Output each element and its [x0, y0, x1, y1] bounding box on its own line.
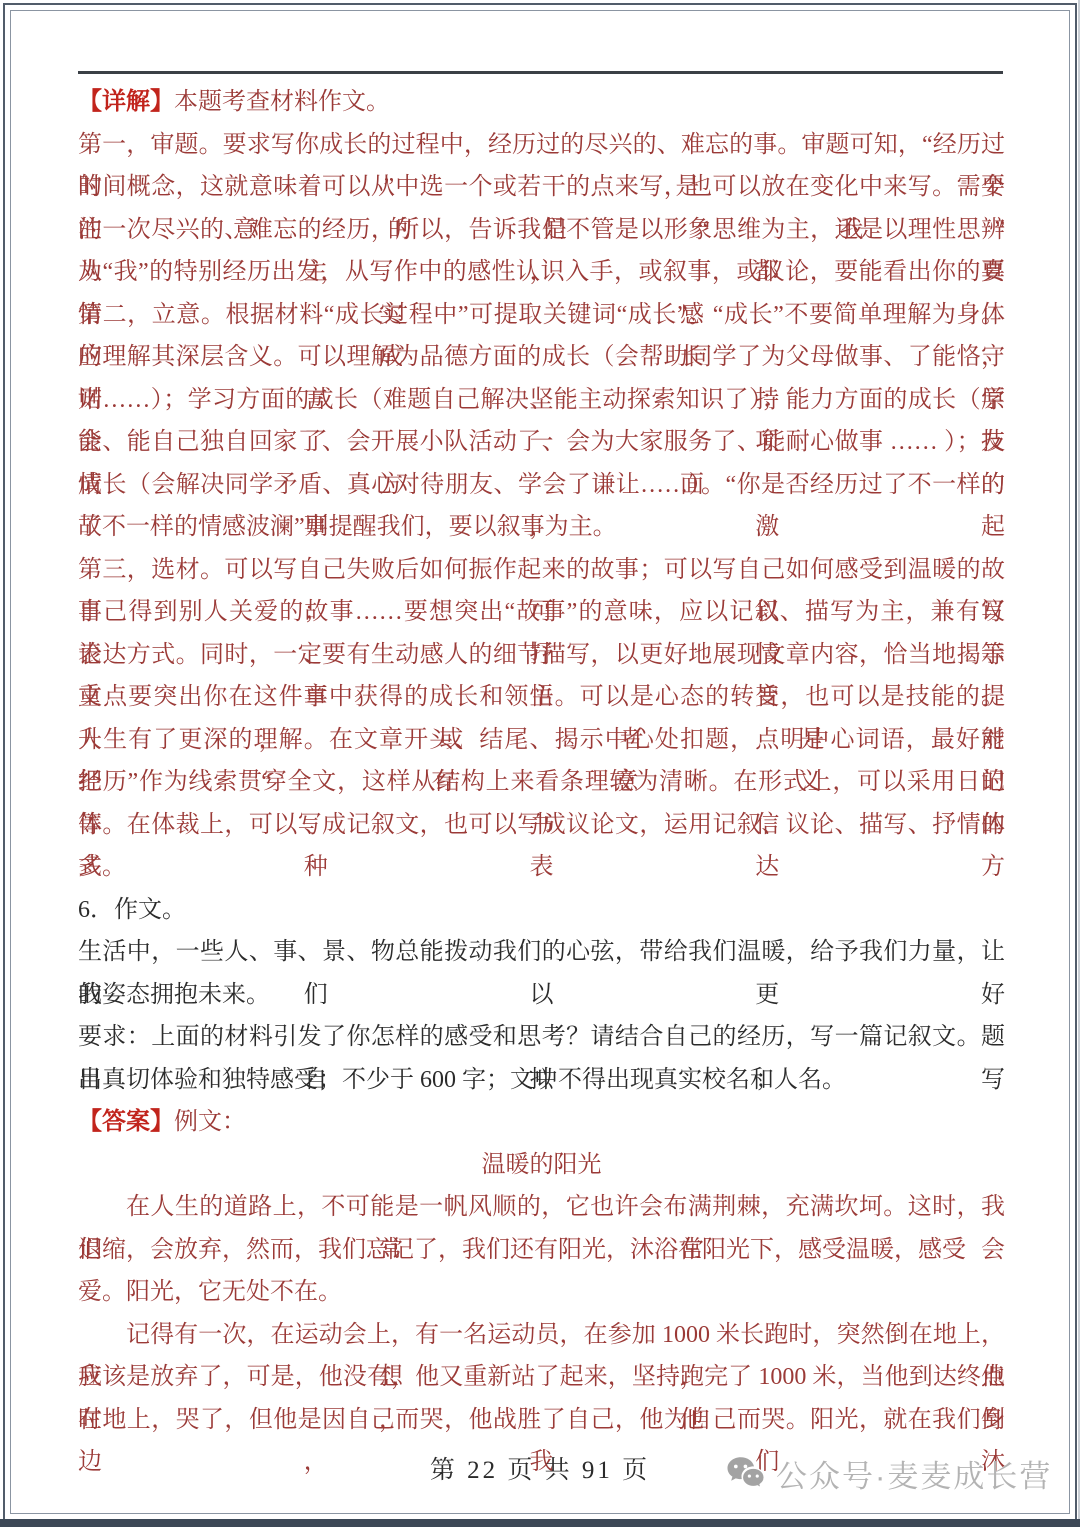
text-line: 从“我”的特别经历出发，从写作中的感性认识入手，或叙事，或议论，要能看出你的真情… [78, 251, 1005, 294]
text-line: 人生有了更深的理解。在文章开头、结尾、揭示中心处扣题，点明中心词语，最好能把“有… [78, 719, 1005, 762]
text-line: 【详解】本题考查材料作文。 [78, 81, 1005, 124]
watermark: 公众号·麦麦成长营 [724, 1448, 1052, 1498]
line-text: 本题考查材料作文。 [174, 89, 390, 115]
text-line: 在地上，哭了，但他是因自己而哭，他战胜了自己，他为自己而哭。阳光，就在我们身边，… [78, 1399, 1005, 1442]
text-line: 阳光，它无处不在。 [78, 1271, 1005, 1314]
text-line: 表达方式。同时，一定要有生动感人的细节描写，以更好地展现文章内容，恰当地揭示文章… [78, 634, 1005, 677]
text-line: 经历”作为线索贯穿全文，这样从结构上来看条理较为清晰。在形式上，可以采用日记体、… [78, 761, 1005, 804]
text-line: 时间概念，这就意味着可以从中选一个或若干的点来写，也可以放在变化中来写。需要注意… [78, 166, 1005, 209]
text-line: 第二，立意。根据材料“成长过程中”可提取关键词“成长”。“成长”不要简单理解为身… [78, 294, 1005, 337]
text-line: 能、能自己独自回家了、会开展小队活动了、会为大家服务了、能耐心做事 …… ）；友… [78, 421, 1005, 464]
section-divider-rule [78, 71, 1003, 74]
text-line: 要求：上面的材料引发了你怎样的感受和思考？请结合自己的经历，写一篇记叙文。题目自… [78, 1016, 1005, 1059]
text-line: 退缩，会放弃，然而，我们忘记了，我们还有阳光，沐浴在阳光下，感受温暖，感受爱。 [78, 1229, 1005, 1272]
text-line: 记得有一次，在运动会上，有一名运动员，在参加 1000 米长跑时，突然倒在地上，… [78, 1314, 1005, 1357]
text-line: 生活中，一些人、事、景、物总能拨动我们的心弦，带给我们温暖，给予我们力量，让我们… [78, 931, 1005, 974]
text-line: 温暖的阳光 [78, 1144, 1005, 1187]
text-line: 6．作文。 [78, 889, 1005, 932]
bracket-label: 【答案】 [78, 1109, 174, 1135]
wechat-icon [724, 1452, 766, 1494]
text-line: 第一，审题。要求写你成长的过程中，经历过的尽兴的、难忘的事。审题可知，“经历过的… [78, 124, 1005, 167]
bracket-label: 【详解】 [78, 89, 174, 115]
text-line: 应该是放弃了，可是，他没有，他又重新站了起来，坚持跑完了 1000 米，当他到达… [78, 1356, 1005, 1399]
text-line: 【答案】例文： [78, 1101, 1005, 1144]
text-line: 成长（会解决同学矛盾、真心对待朋友、学会了谦让……）。“你是否经历过了不一样的故… [78, 464, 1005, 507]
text-line: 在人生的道路上，不可能是一帆风顺的，它也许会布满荆棘，充满坎坷。这时，我们常常会 [78, 1186, 1005, 1229]
watermark-text: 公众号·麦麦成长营 [776, 1451, 1052, 1496]
line-text: 例文： [174, 1109, 246, 1135]
content-lines: 【详解】本题考查材料作文。第一，审题。要求写你成长的过程中，经历过的尽兴的、难忘… [78, 81, 1005, 1441]
page-bottom-band [0, 1519, 1080, 1527]
text-line: 的一次尽兴的、难忘的经历，所以，告诉我们不管是以形象思维为主，还是以理性思辨为主… [78, 209, 1005, 252]
text-line: 等。在体裁上，可以写成记叙文，也可以写成议论文，运用记叙、议论、描写、抒情的多种… [78, 804, 1005, 847]
text-line: 第三，选材。可以写自己失败后如何振作起来的故事；可以写自己如何感受到温暖的故事；… [78, 549, 1005, 592]
text-line: 应理解其深层含义。可以理解为品德方面的成长（会帮助同学了为父母做事、了能恪守诺言… [78, 336, 1005, 379]
text-line: 则……）；学习方面的成长（难题自己解决、能主动探索知识了）；能力方面的成长（学会… [78, 379, 1005, 422]
text-line: 自己得到别人关爱的故事……要想突出“故事”的意味，应以记叙、描写为主，兼有议论、… [78, 591, 1005, 634]
text-line: 重点要突出你在这件事中获得的成长和领悟。可以是心态的转变，也可以是技能的提升，或… [78, 676, 1005, 719]
